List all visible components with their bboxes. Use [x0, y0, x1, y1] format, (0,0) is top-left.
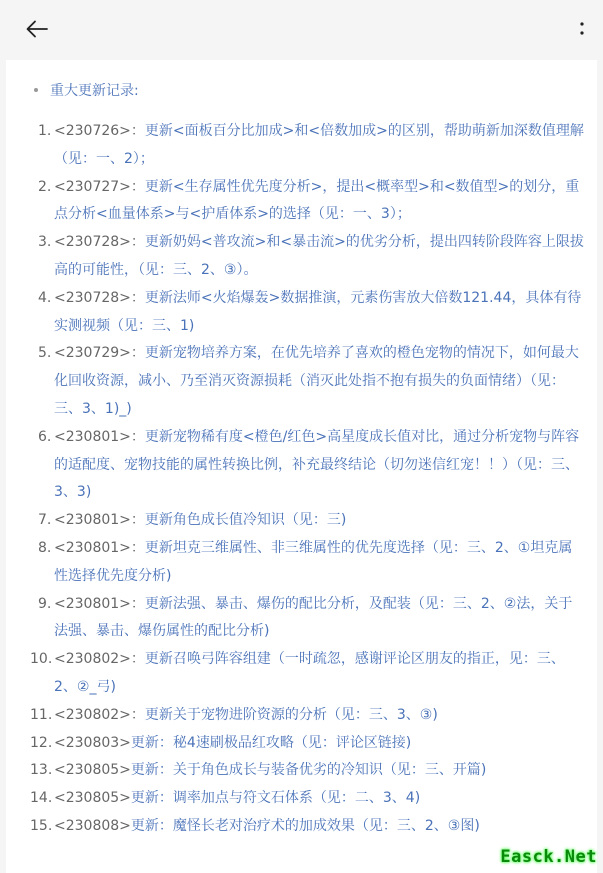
more-options-button[interactable] [573, 14, 591, 44]
back-button[interactable] [22, 14, 52, 44]
list-item: 9.<230801>：更新法强、暴击、爆伤的配比分析，及配装（见：三、2、②法，… [38, 591, 586, 647]
list-item: 15.<230808>更新：魔怪长老对治疗术的加成效果（见：三、2、③图) [30, 813, 586, 841]
list-item: 8.<230801>：更新坦克三维属性、非三维属性的优先度选择（见：三、2、①坦… [38, 535, 586, 591]
list-item: 2.<230727>：更新<生存属性优先度分析>，提出<概率型>和<数值型>的划… [38, 174, 586, 230]
more-vertical-icon [580, 21, 584, 37]
list-item: 10.<230802>：更新召唤弓阵容组建（一时疏忽，感谢评论区朋友的指正，见：… [30, 646, 586, 702]
list-item: 13.<230805>更新：关于角色成长与装备优劣的冷知识（见：三、开篇) [30, 757, 586, 785]
list-item: 12.<230803>更新：秘4速刷极品红攻略（见：评论区链接) [30, 730, 586, 758]
list-item: 11.<230802>：更新关于宠物进阶资源的分析（见：三、3、③) [30, 702, 586, 730]
list-item: 6.<230801>：更新宠物稀有度<橙色/红色>高星度成长值对比，通过分析宠物… [38, 424, 586, 507]
watermark: Easck.Net [500, 847, 597, 867]
bullet-dot [34, 88, 38, 92]
list-item: 3.<230728>：更新奶妈<普攻流>和<暴击流>的优劣分析，提出四转阶段阵容… [38, 229, 586, 285]
top-app-bar [0, 0, 603, 58]
list-item: 1.<230726>：更新<面板百分比加成>和<倍数加成>的区别，帮助萌新加深数… [38, 118, 586, 174]
section-heading: 重大更新记录: [34, 80, 139, 100]
section-title-text: 重大更新记录: [50, 80, 139, 100]
update-log-list: 1.<230726>：更新<面板百分比加成>和<倍数加成>的区别，帮助萌新加深数… [38, 118, 586, 841]
arrow-left-icon [26, 20, 48, 38]
list-item: 14.<230805>更新：调率加点与符文石体系（见：二、3、4) [30, 785, 586, 813]
list-item: 4.<230728>：更新法师<火焰爆轰>数据推演，元素伤害放大倍数121.44… [38, 285, 586, 341]
list-item: 7.<230801>：更新角色成长值冷知识（见：三) [38, 507, 586, 535]
list-item: 5.<230729>：更新宠物培养方案，在优先培养了喜欢的橙色宠物的情况下，如何… [38, 340, 586, 423]
